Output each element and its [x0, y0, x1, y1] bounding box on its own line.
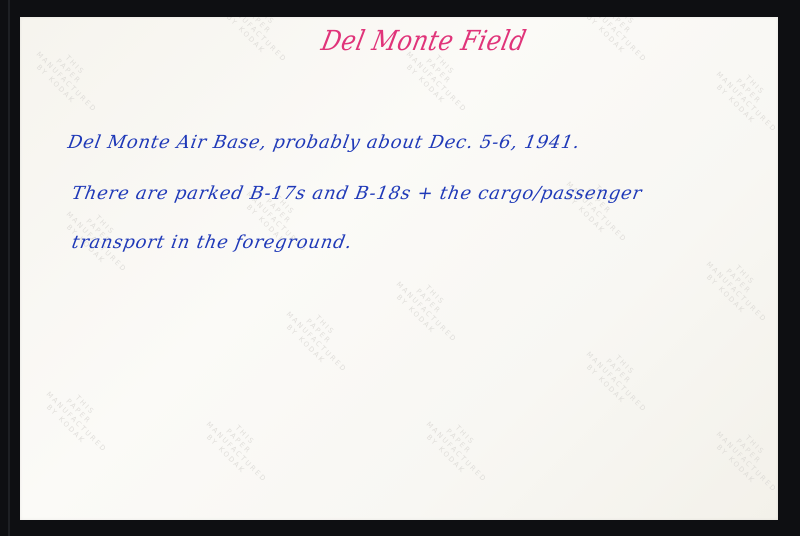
kodak-watermark-layer: THISPAPERMANUFACTUREDBY KODAK THISPAPERM…: [20, 17, 778, 520]
watermark: THISPAPERMANUFACTUREDBY KODAK: [558, 168, 633, 243]
watermark: THISPAPERMANUFACTUREDBY KODAK: [578, 17, 653, 62]
watermark: THISPAPERMANUFACTUREDBY KODAK: [198, 408, 273, 483]
note-line: transport in the foreground.: [70, 232, 354, 253]
header-note: Del Monte Field: [319, 25, 530, 57]
photo-back-paper: THISPAPERMANUFACTUREDBY KODAK THISPAPERM…: [20, 17, 778, 520]
note-line: Del Monte Air Base, probably about Dec. …: [66, 132, 582, 153]
watermark: THISPAPERMANUFACTUREDBY KODAK: [708, 418, 778, 493]
watermark: THISPAPERMANUFACTUREDBY KODAK: [28, 38, 103, 113]
watermark: THISPAPERMANUFACTUREDBY KODAK: [38, 378, 113, 453]
watermark: THISPAPERMANUFACTUREDBY KODAK: [698, 248, 773, 323]
watermark: THISPAPERMANUFACTUREDBY KODAK: [388, 268, 463, 343]
note-line: There are parked B-17s and B-18s + the c…: [70, 183, 644, 204]
watermark: THISPAPERMANUFACTUREDBY KODAK: [578, 338, 653, 413]
watermark: THISPAPERMANUFACTUREDBY KODAK: [278, 298, 353, 373]
watermark: THISPAPERMANUFACTUREDBY KODAK: [708, 58, 778, 133]
watermark: THISPAPERMANUFACTUREDBY KODAK: [418, 408, 493, 483]
scanner-edge: [8, 0, 10, 536]
watermark: THISPAPERMANUFACTUREDBY KODAK: [218, 17, 293, 62]
